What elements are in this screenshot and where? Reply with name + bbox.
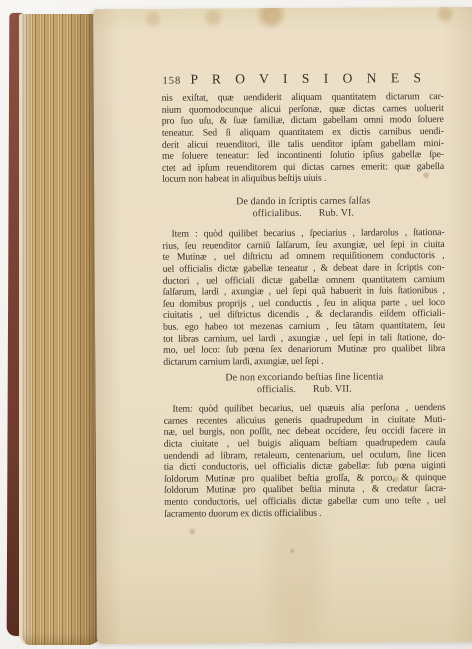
section-heading-vi: De dando in ſcriptis carnes ſalſas offic…	[162, 195, 444, 221]
text-line: uel officialis dictæ gabellæ teneatur , …	[163, 262, 445, 275]
text-line: teneatur. Sed ſi aliquam quantitatem ex …	[162, 126, 444, 139]
book-page: 158 P R O V I S I O N E S nis exiſtat, q…	[93, 7, 472, 644]
running-head: 158 P R O V I S I O N E S	[161, 70, 443, 92]
heading-line: officialibus.Rub. VI.	[162, 207, 444, 221]
running-title: P R O V I S I O N E S	[167, 70, 449, 88]
photo-backdrop: 158 P R O V I S I O N E S nis exiſtat, q…	[0, 0, 472, 649]
rubric-label: Rub. VI.	[319, 208, 354, 219]
text-block: 158 P R O V I S I O N E S nis exiſtat, q…	[161, 7, 447, 644]
text-line: dictarum carnium lardi, axungiæ, uel ſep…	[163, 355, 445, 368]
paragraph-3: Item: quòd quilibet becarius, uel quæuis…	[163, 402, 446, 520]
heading-label: officialibus.	[253, 208, 302, 219]
text-line: mento conductoris, uel officialis dictæ …	[164, 495, 446, 508]
section-heading-vii: De non excoriando beſtias ſine licentia …	[163, 371, 445, 397]
paragraph-2: Item : quòd quilibet becarius , ſpeciari…	[162, 227, 445, 368]
paragraph-1: nis exiſtat, quæ uendiderit aliquam quan…	[162, 91, 445, 186]
text-line: ſacramento duorum ex dictis officialibus…	[164, 507, 446, 520]
heading-line: officialis.Rub. VII.	[163, 383, 445, 397]
text-line: mo, uel loco: ſub pœna ſex denariorum Mu…	[163, 343, 445, 356]
text-line: dicta ciuitate , uel buigis aliquam beſt…	[164, 437, 446, 450]
text-line: locum non habeat in aliquibus beſtijs ui…	[162, 172, 444, 185]
text-line: ctet ad ipſum reuenditorem qui dictas ca…	[162, 161, 444, 174]
heading-label: officialis.	[257, 384, 296, 395]
rubric-label: Rub. VII.	[313, 384, 352, 395]
